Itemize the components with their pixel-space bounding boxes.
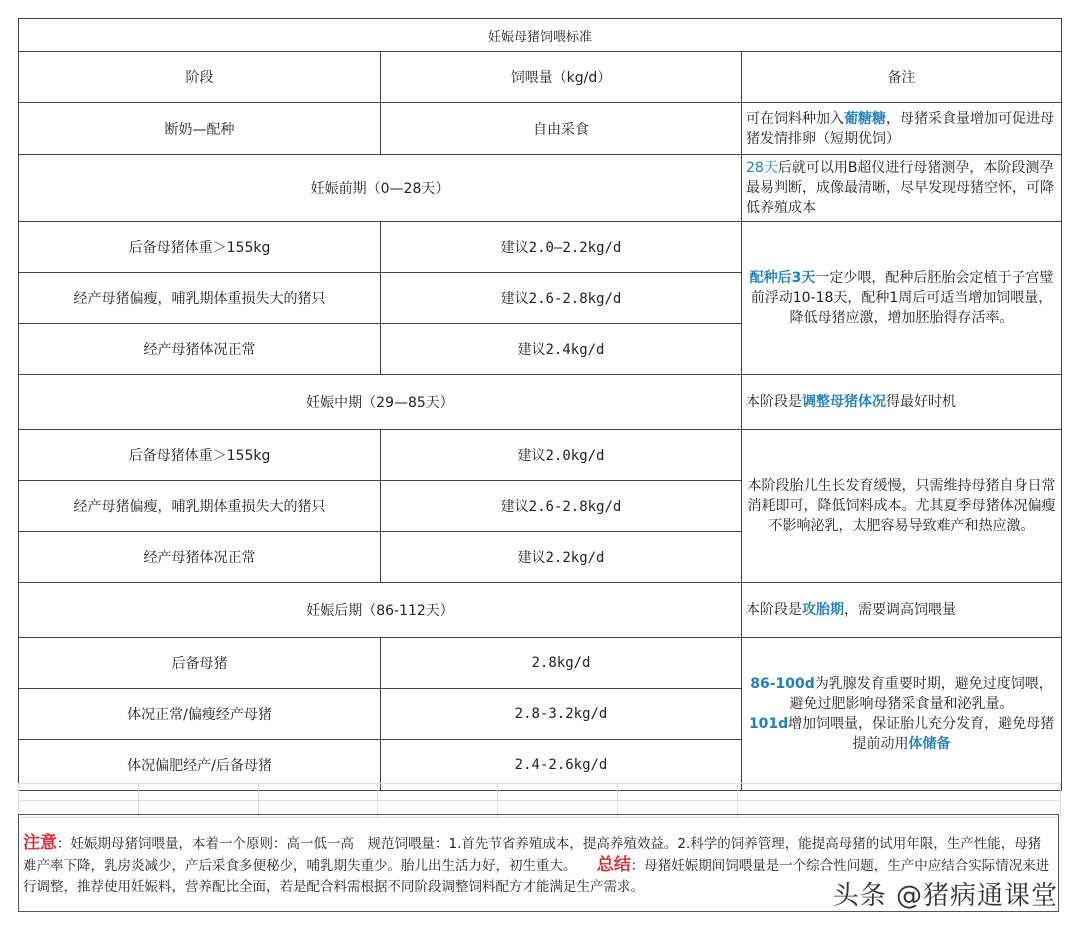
note-highlight: 28天 — [746, 160, 778, 176]
amount-cell: 建议2.6-2.8kg/d — [381, 273, 742, 324]
note-cell: 可在饲料种加入葡糖糖，母猪采食量增加可促进母猪发情排卵（短期优饲） — [742, 103, 1062, 155]
section-row-early: 妊娠前期（0—28天） 28天后就可以用B超仪进行母猪测孕，本阶段测孕最易判断，… — [19, 155, 1062, 222]
section-title: 妊娠后期（86-112天） — [19, 583, 742, 638]
note-cell: 本阶段是攻胎期，需要调高饲喂量 — [742, 583, 1062, 638]
table-row: 后备母猪体重＞155kg 建议2.0kg/d 本阶段胎儿生长发育缓慢，只需维持母… — [19, 430, 1062, 481]
amount-cell: 建议2.0kg/d — [381, 430, 742, 481]
table-row: 断奶—配种 自由采食 可在饲料种加入葡糖糖，母猪采食量增加可促进母猪发情排卵（短… — [19, 103, 1062, 155]
note-cell: 本阶段胎儿生长发育缓慢，只需维持母猪自身日常消耗即可，降低饲料成本。尤其夏季母猪… — [742, 430, 1062, 583]
feeding-standard-table: 妊娠母猪饲喂标准 阶段 饲喂量（kg/d） 备注 断奶—配种 自由采食 可在饲料… — [18, 18, 1062, 791]
note-highlight: 调整母猪体况 — [802, 394, 886, 410]
note-highlight: 86-100d — [750, 676, 815, 692]
header-amount: 饲喂量（kg/d） — [381, 52, 742, 103]
note-highlight: 体储备 — [909, 736, 951, 752]
watermark: 头条 @猪病通课堂 — [833, 875, 1058, 912]
note-text: 为乳腺发育重要时期，避免过度饲喂，避免过肥影响母猪采食量和泌乳量。 — [790, 676, 1053, 712]
note-highlight: 101d — [749, 716, 788, 732]
stage-cell: 经产母猪偏瘦，哺乳期体重损失大的猪只 — [19, 481, 381, 532]
note-text: ，需要调高饲喂量 — [844, 602, 956, 618]
amount-cell: 建议2.2kg/d — [381, 532, 742, 583]
table-row: 后备母猪 2.8kg/d 86-100d为乳腺发育重要时期，避免过度饲喂，避免过… — [19, 638, 1062, 689]
note-cell: 配种后3天一定少喂，配种后胚胎会定植于子宫璧前浮动10-18天，配种1周后可适当… — [742, 222, 1062, 375]
table-header-row: 阶段 饲喂量（kg/d） 备注 — [19, 52, 1062, 103]
summary-label: 总结 — [597, 855, 631, 875]
amount-cell: 2.8-3.2kg/d — [381, 689, 742, 740]
note-text: 本阶段是 — [746, 394, 802, 410]
note-cell: 86-100d为乳腺发育重要时期，避免过度饲喂，避免过肥影响母猪采食量和泌乳量。… — [742, 638, 1062, 791]
header-stage: 阶段 — [19, 52, 381, 103]
note-text: 可在饲料种加入 — [746, 111, 844, 127]
table-row: 后备母猪体重＞155kg 建议2.0—2.2kg/d 配种后3天一定少喂，配种后… — [19, 222, 1062, 273]
amount-cell: 2.8kg/d — [381, 638, 742, 689]
stage-cell: 经产母猪体况正常 — [19, 532, 381, 583]
table-title-row: 妊娠母猪饲喂标准 — [19, 19, 1062, 52]
section-title: 妊娠前期（0—28天） — [19, 155, 742, 222]
note-text: 本阶段是 — [746, 602, 802, 618]
stage-cell: 后备母猪体重＞155kg — [19, 430, 381, 481]
amount-cell: 建议2.0—2.2kg/d — [381, 222, 742, 273]
note-highlight: 攻胎期 — [802, 602, 844, 618]
section-row-late: 妊娠后期（86-112天） 本阶段是攻胎期，需要调高饲喂量 — [19, 583, 1062, 638]
note-cell: 本阶段是调整母猪体况得最好时机 — [742, 375, 1062, 430]
section-row-middle: 妊娠中期（29—85天） 本阶段是调整母猪体况得最好时机 — [19, 375, 1062, 430]
section-title: 妊娠中期（29—85天） — [19, 375, 742, 430]
stage-cell: 经产母猪偏瘦，哺乳期体重损失大的猪只 — [19, 273, 381, 324]
table-title: 妊娠母猪饲喂标准 — [19, 19, 1062, 52]
note-highlight: 葡糖糖 — [844, 111, 886, 127]
amount-cell: 建议2.6-2.8kg/d — [381, 481, 742, 532]
stage-cell: 断奶—配种 — [19, 103, 381, 155]
amount-cell: 建议2.4kg/d — [381, 324, 742, 375]
empty-spreadsheet-grid — [18, 783, 1061, 818]
stage-cell: 经产母猪体况正常 — [19, 324, 381, 375]
stage-cell: 后备母猪 — [19, 638, 381, 689]
stage-cell: 后备母猪体重＞155kg — [19, 222, 381, 273]
attention-label: 注意 — [23, 833, 57, 853]
note-text: 后就可以用B超仪进行母猪测孕，本阶段测孕最易判断，成像最清晰，尽早发现母猪空怀，… — [746, 160, 1054, 216]
note-cell: 28天后就可以用B超仪进行母猪测孕，本阶段测孕最易判断，成像最清晰，尽早发现母猪… — [742, 155, 1062, 222]
amount-cell: 自由采食 — [381, 103, 742, 155]
stage-cell: 体况正常/偏瘦经产母猪 — [19, 689, 381, 740]
note-highlight: 配种后3天 — [750, 270, 816, 286]
header-note: 备注 — [742, 52, 1062, 103]
note-text: 得最好时机 — [886, 394, 956, 410]
